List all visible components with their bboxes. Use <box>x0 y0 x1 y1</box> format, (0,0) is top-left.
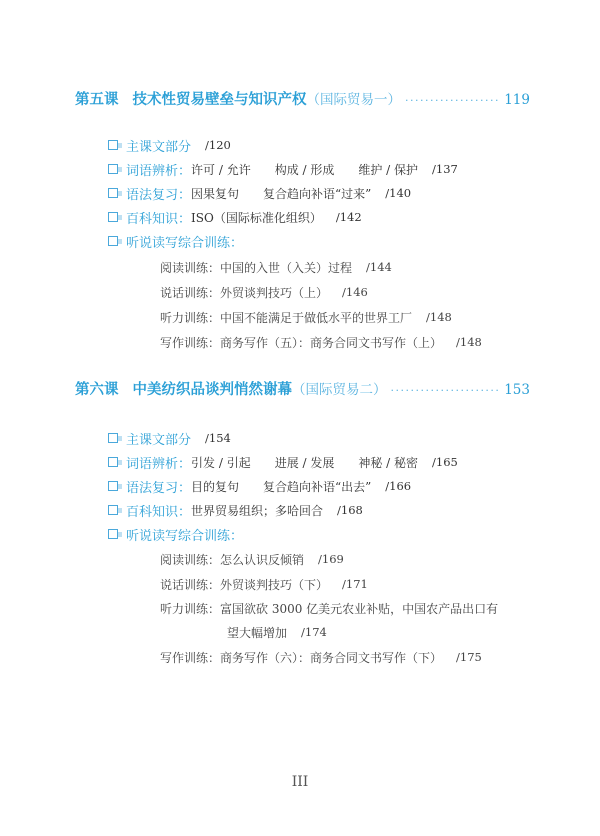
training-label: 说话训练： <box>160 576 220 593</box>
lesson-subtitle: （国际贸易二） <box>292 378 387 398</box>
training-label: 写作训练： <box>160 334 220 351</box>
item-head: 听说读写综合训练： <box>126 525 243 544</box>
lesson-title: 中美纺织品谈判悄然谢幕 <box>133 378 293 399</box>
item-page: /140 <box>385 186 411 200</box>
training-page: /144 <box>366 260 392 274</box>
bullet-box-icon <box>108 529 118 539</box>
lesson-6-heading[interactable]: 第六课 中美纺织品谈判悄然谢幕 （国际贸易二） 153 <box>75 378 530 400</box>
training-item[interactable]: 阅读训练： 怎么认识反倾销 /169 <box>160 549 344 569</box>
training-item[interactable]: 写作训练： 商务写作（六）：商务合同文书写作（下） /175 <box>160 647 482 667</box>
training-text: 外贸谈判技巧（上） <box>220 284 328 301</box>
training-item[interactable]: 听力训练： 富国欲砍 3000 亿美元农业补贴，中国农产品出口有 <box>160 598 498 618</box>
lesson-5-heading[interactable]: 第五课 技术性贸易壁垒与知识产权 （国际贸易一） 119 <box>75 88 530 110</box>
item-page: /165 <box>432 455 458 469</box>
item-head: 百科知识： <box>126 208 191 227</box>
training-page: /148 <box>426 310 452 324</box>
toc-item[interactable]: 语法复习： 目的复句 复合趋向补语“出去” /166 <box>108 476 411 496</box>
lesson-title: 技术性贸易壁垒与知识产权 <box>133 88 307 109</box>
lesson-page: 153 <box>504 382 530 398</box>
bullet-box-icon <box>108 236 118 246</box>
bullet-box-icon <box>108 457 118 467</box>
bullet-box-icon <box>108 164 118 174</box>
item-page: /166 <box>385 479 411 493</box>
training-label: 阅读训练： <box>160 259 220 276</box>
lesson-subtitle: （国际贸易一） <box>307 88 402 108</box>
item-head: 主课文部分 <box>126 429 191 448</box>
bullet-box-icon <box>108 433 118 443</box>
item-head: 词语辨析： <box>126 160 191 179</box>
training-page: /148 <box>456 335 482 349</box>
item-body: 引发 / 引起 进展 / 发展 神秘 / 秘密 <box>191 454 418 471</box>
item-page: /137 <box>432 162 458 176</box>
item-head: 听说读写综合训练： <box>126 232 243 251</box>
training-label: 听力训练： <box>160 309 220 326</box>
training-text: 商务写作（五）：商务合同文书写作（上） <box>220 334 442 351</box>
toc-item[interactable]: 主课文部分 /120 <box>108 135 231 155</box>
item-body: 世界贸易组织；多哈回合 <box>191 502 323 519</box>
training-text: 外贸谈判技巧（下） <box>220 576 328 593</box>
item-page: /168 <box>337 503 363 517</box>
item-body: 因果复句 复合趋向补语“过来” <box>191 185 371 202</box>
item-head: 主课文部分 <box>126 136 191 155</box>
toc-item[interactable]: 百科知识： 世界贸易组织；多哈回合 /168 <box>108 500 363 520</box>
training-text: 望大幅增加 <box>227 624 287 641</box>
leader-dots <box>405 94 500 107</box>
training-item-continued[interactable]: 望大幅增加 /174 <box>227 622 327 642</box>
training-item[interactable]: 说话训练： 外贸谈判技巧（上） /146 <box>160 282 368 302</box>
lesson-number: 第六课 <box>75 378 119 399</box>
item-head: 词语辨析： <box>126 453 191 472</box>
toc-item[interactable]: 语法复习： 因果复句 复合趋向补语“过来” /140 <box>108 183 411 203</box>
training-item[interactable]: 说话训练： 外贸谈判技巧（下） /171 <box>160 574 368 594</box>
item-body: 目的复句 复合趋向补语“出去” <box>191 478 371 495</box>
training-page: /146 <box>342 285 368 299</box>
page-number: III <box>0 774 600 790</box>
training-page: /175 <box>456 650 482 664</box>
training-text: 富国欲砍 3000 亿美元农业补贴，中国农产品出口有 <box>220 600 498 617</box>
training-label: 写作训练： <box>160 649 220 666</box>
bullet-box-icon <box>108 481 118 491</box>
toc-item[interactable]: 百科知识： ISO（国际标准化组织） /142 <box>108 207 362 227</box>
bullet-box-icon <box>108 505 118 515</box>
training-label: 阅读训练： <box>160 551 220 568</box>
item-body: 许可 / 允许 构成 / 形成 维护 / 保护 <box>191 161 418 178</box>
toc-item[interactable]: 词语辨析： 引发 / 引起 进展 / 发展 神秘 / 秘密 /165 <box>108 452 458 472</box>
toc-item[interactable]: 听说读写综合训练： <box>108 231 243 251</box>
lesson-page: 119 <box>504 92 530 108</box>
toc-item[interactable]: 词语辨析： 许可 / 允许 构成 / 形成 维护 / 保护 /137 <box>108 159 458 179</box>
training-text: 中国的入世（入关）过程 <box>220 259 352 276</box>
training-item[interactable]: 听力训练： 中国不能满足于做低水平的世界工厂 /148 <box>160 307 452 327</box>
bullet-box-icon <box>108 188 118 198</box>
training-text: 怎么认识反倾销 <box>220 551 304 568</box>
training-text: 商务写作（六）：商务合同文书写作（下） <box>220 649 442 666</box>
leader-dots <box>391 384 501 397</box>
lesson-number: 第五课 <box>75 88 119 109</box>
training-text: 中国不能满足于做低水平的世界工厂 <box>220 309 412 326</box>
training-label: 说话训练： <box>160 284 220 301</box>
training-item[interactable]: 写作训练： 商务写作（五）：商务合同文书写作（上） /148 <box>160 332 482 352</box>
training-label: 听力训练： <box>160 600 220 617</box>
item-page: /154 <box>205 431 231 445</box>
item-head: 百科知识： <box>126 501 191 520</box>
training-page: /171 <box>342 577 368 591</box>
training-item[interactable]: 阅读训练： 中国的入世（入关）过程 /144 <box>160 257 392 277</box>
training-page: /174 <box>301 625 327 639</box>
item-head: 语法复习： <box>126 477 191 496</box>
item-head: 语法复习： <box>126 184 191 203</box>
toc-item[interactable]: 主课文部分 /154 <box>108 428 231 448</box>
item-page: /120 <box>205 138 231 152</box>
bullet-box-icon <box>108 212 118 222</box>
bullet-box-icon <box>108 140 118 150</box>
toc-item[interactable]: 听说读写综合训练： <box>108 524 243 544</box>
training-page: /169 <box>318 552 344 566</box>
item-body: ISO（国际标准化组织） <box>191 209 322 226</box>
item-page: /142 <box>336 210 362 224</box>
